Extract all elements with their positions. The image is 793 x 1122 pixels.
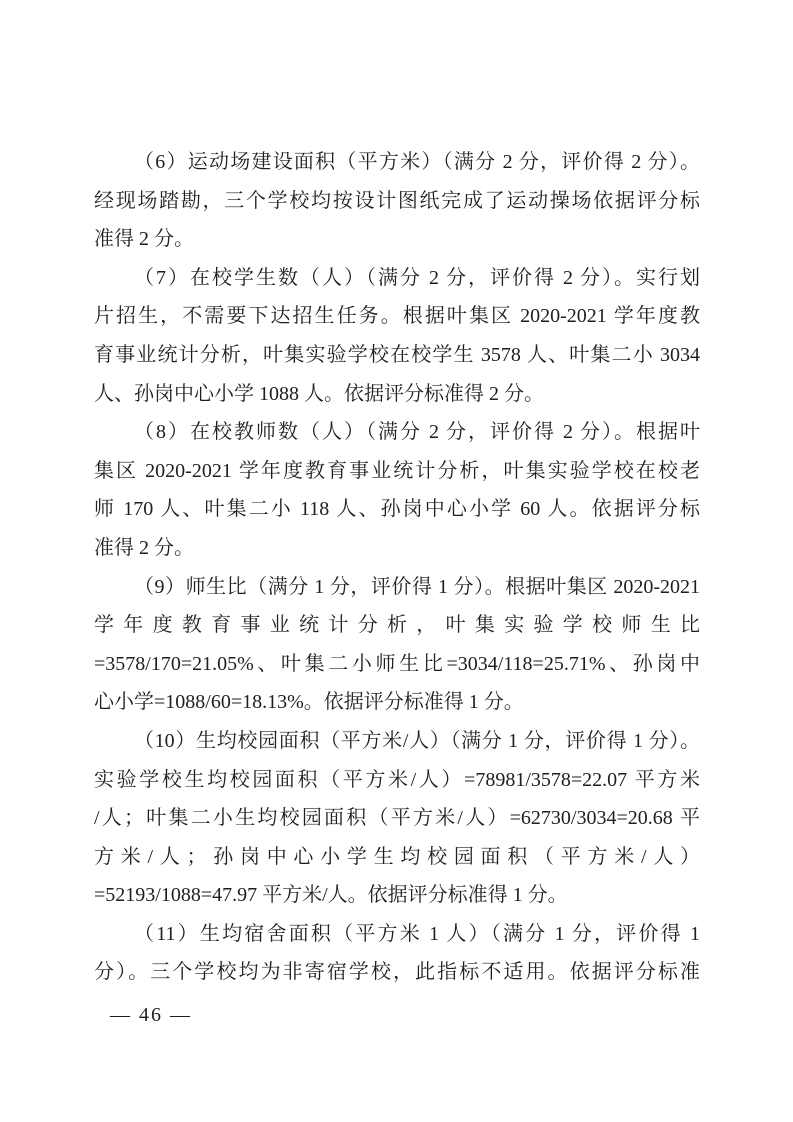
page-number: — 46 — bbox=[110, 1000, 192, 1030]
text-line: 师 170 人、叶集二小 118 人、孙岗中心小学 60 人。依据评分标 bbox=[94, 490, 700, 529]
text-line: /人；叶集二小生均校园面积（平方米/人）=62730/3034=20.68 平 bbox=[94, 799, 700, 838]
text-line: 心小学=1088/60=18.13%。依据评分标准得 1 分。 bbox=[94, 683, 700, 722]
text-line: 学年度教育事业统计分析，叶集实验学校师生比 bbox=[94, 606, 700, 645]
text-line: （11）生均宿舍面积（平方米 1 人）（满分 1 分，评价得 1 bbox=[94, 915, 700, 954]
text-line: =52193/1088=47.97 平方米/人。依据评分标准得 1 分。 bbox=[94, 876, 700, 915]
paragraph-item-6: （6）运动场建设面积（平方米）（满分 2 分，评价得 2 分）。 经现场踏勘，三… bbox=[94, 143, 700, 259]
text-line: （6）运动场建设面积（平方米）（满分 2 分，评价得 2 分）。 bbox=[94, 143, 700, 182]
text-line: 人、孙岗中心小学 1088 人。依据评分标准得 2 分。 bbox=[94, 375, 700, 414]
paragraph-item-9: （9）师生比（满分 1 分，评价得 1 分）。根据叶集区 2020-2021 学… bbox=[94, 568, 700, 722]
text-line: 准得 2 分。 bbox=[94, 220, 700, 259]
paragraph-item-11: （11）生均宿舍面积（平方米 1 人）（满分 1 分，评价得 1 分）。三个学校… bbox=[94, 915, 700, 992]
text-line: 片招生，不需要下达招生任务。根据叶集区 2020-2021 学年度教 bbox=[94, 297, 700, 336]
text-line: 育事业统计分析，叶集实验学校在校学生 3578 人、叶集二小 3034 bbox=[94, 336, 700, 375]
text-line: （10）生均校园面积（平方米/人）（满分 1 分，评价得 1 分）。 bbox=[94, 722, 700, 761]
document-page: （6）运动场建设面积（平方米）（满分 2 分，评价得 2 分）。 经现场踏勘，三… bbox=[0, 0, 793, 1122]
text-line: 经现场踏勘，三个学校均按设计图纸完成了运动操场依据评分标 bbox=[94, 182, 700, 221]
text-line: （8）在校教师数（人）（满分 2 分，评价得 2 分）。根据叶 bbox=[94, 413, 700, 452]
text-line: （7）在校学生数（人）（满分 2 分，评价得 2 分）。实行划 bbox=[94, 259, 700, 298]
paragraph-item-8: （8）在校教师数（人）（满分 2 分，评价得 2 分）。根据叶 集区 2020-… bbox=[94, 413, 700, 567]
text-line: （9）师生比（满分 1 分，评价得 1 分）。根据叶集区 2020-2021 bbox=[94, 568, 700, 607]
text-line: 实验学校生均校园面积（平方米/人）=78981/3578=22.07 平方米 bbox=[94, 761, 700, 800]
text-line: 准得 2 分。 bbox=[94, 529, 700, 568]
paragraph-item-10: （10）生均校园面积（平方米/人）（满分 1 分，评价得 1 分）。 实验学校生… bbox=[94, 722, 700, 915]
text-line: 分）。三个学校均为非寄宿学校，此指标不适用。依据评分标准 bbox=[94, 953, 700, 992]
paragraph-item-7: （7）在校学生数（人）（满分 2 分，评价得 2 分）。实行划 片招生，不需要下… bbox=[94, 259, 700, 413]
text-line: 方米/人；孙岗中心小学生均校园面积（平方米/人） bbox=[94, 838, 700, 877]
text-line: =3578/170=21.05%、叶集二小师生比=3034/118=25.71%… bbox=[94, 645, 700, 684]
text-line: 集区 2020-2021 学年度教育事业统计分析，叶集实验学校在校老 bbox=[94, 452, 700, 491]
document-body: （6）运动场建设面积（平方米）（满分 2 分，评价得 2 分）。 经现场踏勘，三… bbox=[94, 143, 700, 992]
